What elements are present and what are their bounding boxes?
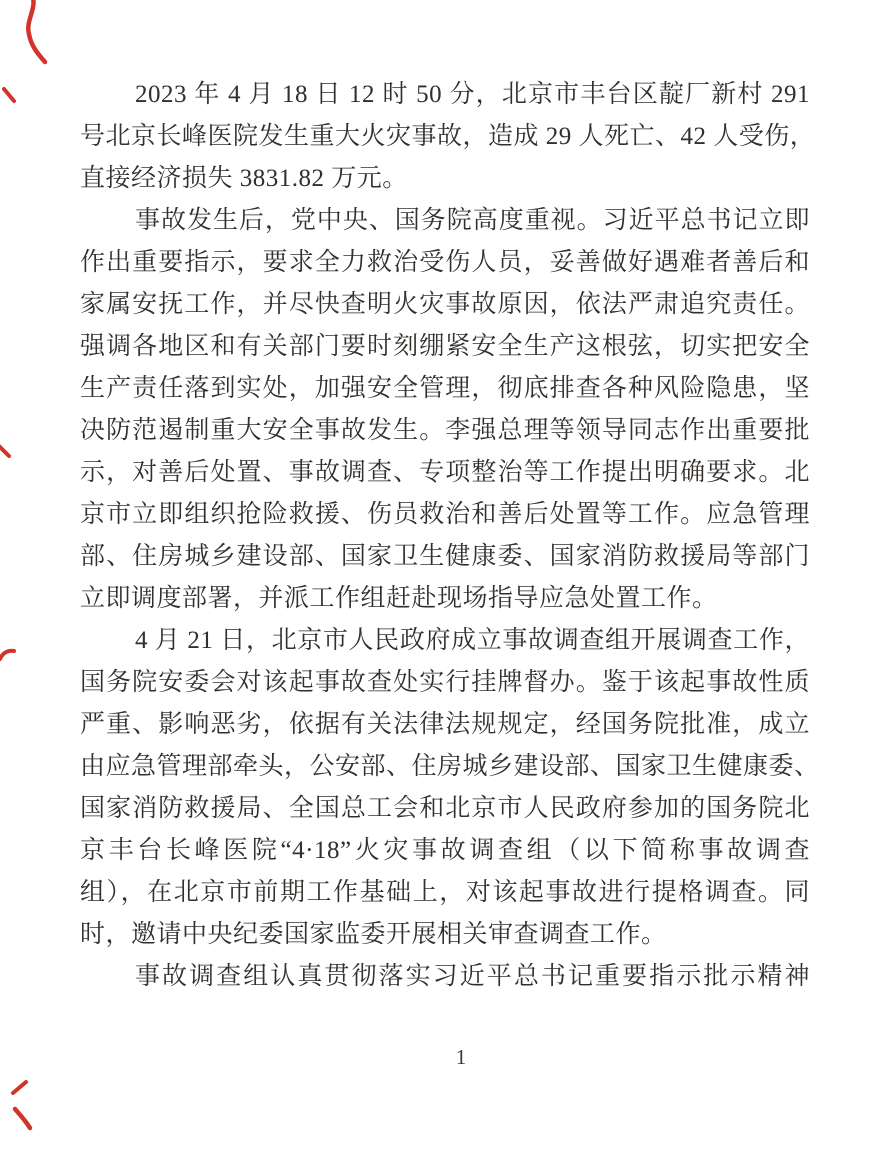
document-page: 2023 年 4 月 18 日 12 时 50 分，北京市丰台区靛厂新村 291…: [0, 0, 886, 1176]
text-line: 事故调查组认真贯彻落实习近平总书记重要指示批示精神: [80, 956, 810, 998]
text-line: 时，邀请中央纪委国家监委开展相关审查调查工作。: [80, 914, 810, 956]
page-number: 1: [0, 1042, 886, 1072]
red-pen-mark: [16, 0, 52, 68]
text-line: 部、住房城乡建设部、国家卫生健康委、国家消防救援局等部门: [80, 536, 810, 578]
text-line: 严重、影响恶劣，依据有关法律法规规定，经国务院批准，成立: [80, 704, 810, 746]
text-line: 直接经济损失 3831.82 万元。: [80, 158, 810, 200]
text-line: 2023 年 4 月 18 日 12 时 50 分，北京市丰台区靛厂新村 291: [80, 74, 810, 116]
text-line: 国家消防救援局、全国总工会和北京市人民政府参加的国务院北: [80, 788, 810, 830]
red-pen-mark: [12, 1106, 34, 1132]
document-body: 2023 年 4 月 18 日 12 时 50 分，北京市丰台区靛厂新村 291…: [80, 74, 810, 998]
text-line: 生产责任落到实处，加强安全管理，彻底排查各种风险隐患，坚: [80, 368, 810, 410]
text-line: 京丰台长峰医院“4·18”火灾事故调查组（以下简称事故调查: [80, 830, 810, 872]
text-line: 家属安抚工作，并尽快查明火灾事故原因，依法严肃追究责任。: [80, 284, 810, 326]
text-line: 由应急管理部牵头，公安部、住房城乡建设部、国家卫生健康委、: [80, 746, 810, 788]
text-line: 示，对善后处置、事故调查、专项整治等工作提出明确要求。北: [80, 452, 810, 494]
red-pen-mark: [10, 1079, 30, 1097]
text-line: 组），在北京市前期工作基础上，对该起事故进行提格调查。同: [80, 872, 810, 914]
red-pen-mark: [0, 647, 16, 665]
text-line: 4 月 21 日，北京市人民政府成立事故调查组开展调查工作，: [80, 620, 810, 662]
text-line: 决防范遏制重大安全事故发生。李强总理等领导同志作出重要批: [80, 410, 810, 452]
text-line: 强调各地区和有关部门要时刻绷紧安全生产这根弦，切实把安全: [80, 326, 810, 368]
text-line: 事故发生后，党中央、国务院高度重视。习近平总书记立即: [80, 200, 810, 242]
text-line: 京市立即组织抢险救援、伤员救治和善后处置等工作。应急管理: [80, 494, 810, 536]
text-line: 作出重要指示，要求全力救治受伤人员，妥善做好遇难者善后和: [80, 242, 810, 284]
text-line: 号北京长峰医院发生重大火灾事故，造成 29 人死亡、42 人受伤，: [80, 116, 810, 158]
red-pen-mark: [1, 86, 19, 106]
red-pen-mark: [0, 443, 13, 461]
text-line: 立即调度部署，并派工作组赶赴现场指导应急处置工作。: [80, 578, 810, 620]
text-line: 国务院安委会对该起事故查处实行挂牌督办。鉴于该起事故性质: [80, 662, 810, 704]
